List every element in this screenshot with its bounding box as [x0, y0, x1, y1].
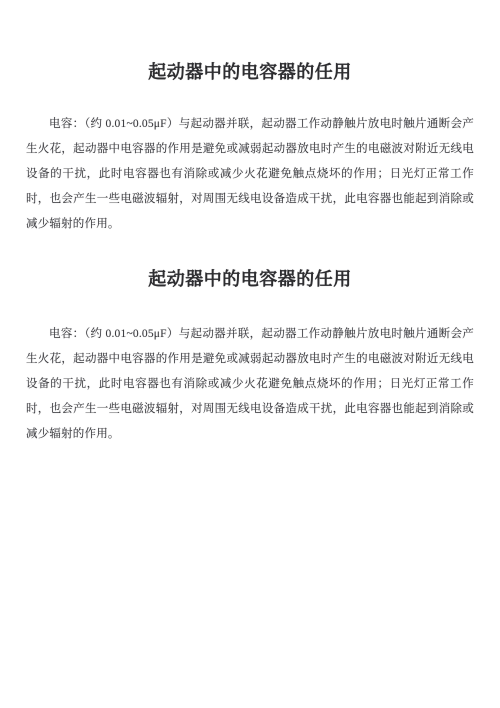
section-1-title: 起动器中的电容器的任用: [0, 60, 500, 84]
section-1-paragraph: 电容：（约 0.01~0.05μF）与起动器并联，起动器工作动静触片放电时触片通…: [26, 112, 474, 237]
document-page: 起动器中的电容器的任用 电容：（约 0.01~0.05μF）与起动器并联，起动器…: [0, 0, 500, 708]
section-2-title: 起动器中的电容器的任用: [0, 267, 500, 291]
section-2-paragraph: 电容：（约 0.01~0.05μF）与起动器并联，起动器工作动静触片放电时触片通…: [26, 322, 474, 447]
